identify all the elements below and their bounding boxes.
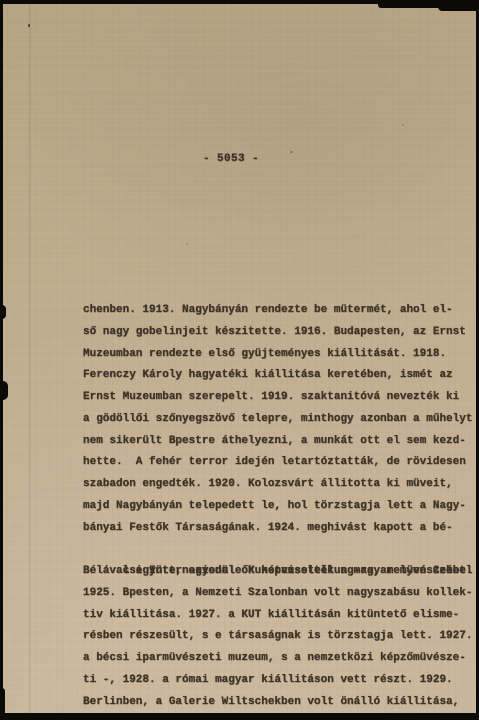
text-line: bányai Festők Társaságának. 1924. meghiv… [83,518,475,540]
text-line: hette. A fehér terror idején letartóztat… [83,452,475,474]
text-line: Ernst Muzeumban szerepelt. 1919. szaktan… [83,387,475,409]
paper-speck [290,151,293,153]
scan-edge-left-blob [0,381,8,400]
text-line: tiv kiállitása. 1927. a KUT kiállitásán … [83,605,475,627]
text-line: Bélával együtt, egyedül ők képviselték a… [83,561,475,583]
scan-edge-corner-top-right [438,0,479,11]
paper-speck [28,24,30,27]
text-line: a bécsi iparmüvészeti muzeum, s a nemzet… [83,648,475,670]
paper-crease [29,0,31,720]
paper-speck [402,124,404,126]
page-number: - 5053 - [203,153,259,165]
text-line: majd Nagybányán telepedett le, hol törzs… [83,496,475,518]
text-line: 1925. Bpesten, a Nemzeti Szalonban volt … [83,583,475,605]
text-line: Ferenczy Károly hagyatéki kiállitása ker… [83,365,475,387]
text-line: csi Internazionale Kunstausstellung-ra, … [83,539,475,561]
text-line: Muzeumban rendezte első gyüjteményes kiá… [83,344,475,366]
text-line: résben részesült, s e társaságnak is tör… [83,626,475,648]
text-line: Berlinben, a Galerie Wiltschekben volt ö… [83,692,475,714]
scan-edge-bottom [0,713,479,720]
text-line: nem sikerült Bpestre áthelyezni, a munká… [83,431,475,453]
scan-edge-left [0,0,3,720]
scanned-typescript-page: - 5053 - chenben. 1913. Nagybányán rende… [0,0,479,720]
paper-speck [186,243,188,245]
scan-edge-left-blob [0,305,6,319]
text-line: szabadon engedték. 1920. Kolozsvárt álli… [83,474,475,496]
text-line: ti -, 1928. a római magyar kiállitáson v… [83,670,475,692]
text-line: a gödöllői szőnyegszövő telepre, minthog… [83,409,475,431]
body-text: chenben. 1913. Nagybányán rendezte be mü… [83,300,475,713]
text-line: chenben. 1913. Nagybányán rendezte be mü… [83,300,475,322]
text-line: ső nagy gobelinjeit készitette. 1916. Bu… [83,322,475,344]
